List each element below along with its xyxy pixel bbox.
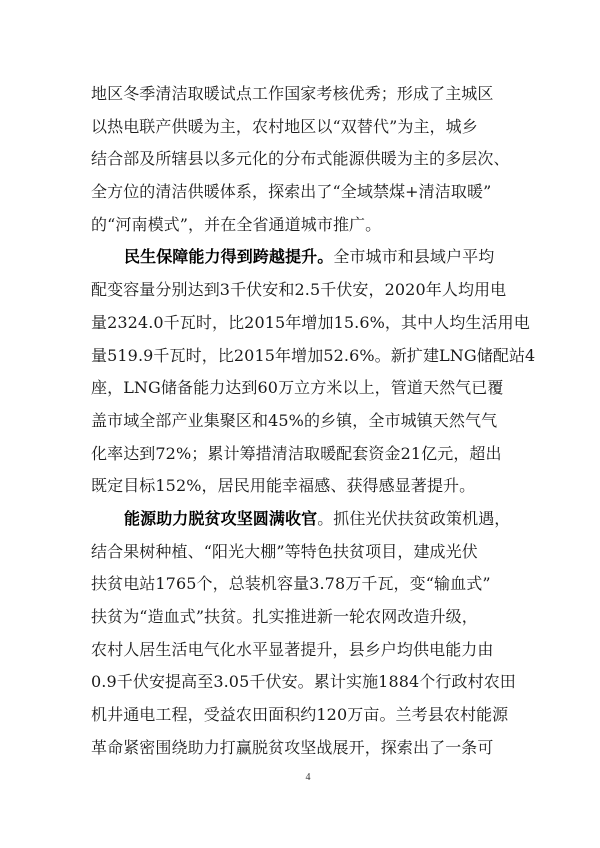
- body-text: 地区冬季清洁取暖试点工作国家考核优秀；形成了主城区 以热电联产供暖为主，农村地区…: [91, 78, 501, 764]
- paragraph-first-line: 能源助力脱贫攻坚圆满收官。抓住光伏扶贫政策机遇，: [91, 503, 501, 536]
- text-line: 扶贫为“造血式”扶贫。扎实推进新一轮农网改造升级，: [91, 601, 501, 634]
- paragraph-first-line: 民生保障能力得到跨越提升。全市城市和县域户平均: [91, 241, 501, 274]
- text-span: 。抓住光伏扶贫政策机遇，: [317, 509, 510, 528]
- text-line: 革命紧密围绕助力打赢脱贫攻坚战展开，探索出了一条可: [91, 732, 501, 765]
- text-line: 地区冬季清洁取暖试点工作国家考核优秀；形成了主城区: [91, 78, 501, 111]
- text-line: 0.9千伏安提高至3.05千伏安。累计实施1884个行政村农田: [91, 666, 501, 699]
- text-line: 扶贫电站1765个，总装机容量3.78万千瓦，变“输血式”: [91, 568, 501, 601]
- text-line: 以热电联产供暖为主，农村地区以“双替代”为主，城乡: [91, 111, 501, 144]
- text-line: 结合果树种植、“阳光大棚”等特色扶贫项目，建成光伏: [91, 536, 501, 569]
- text-line: 结合部及所辖县以多元化的分布式能源供暖为主的多层次、: [91, 143, 501, 176]
- page-number: 4: [0, 772, 600, 783]
- text-line: 既定目标152%，居民用能幸福感、获得感显著提升。: [91, 470, 501, 503]
- text-line: 机井通电工程，受益农田面积约120万亩。兰考县农村能源: [91, 699, 501, 732]
- text-line: 量2324.0千瓦时，比2015年增加15.6%，其中人均生活用电: [91, 307, 501, 340]
- paragraph-lead-heading: 民生保障能力得到跨越提升。: [124, 247, 333, 266]
- text-line: 全方位的清洁供暖体系，探索出了“全域禁煤+清洁取暖”: [91, 176, 501, 209]
- text-line: 配变容量分别达到3千伏安和2.5千伏安，2020年人均用电: [91, 274, 501, 307]
- text-line: 农村人居生活电气化水平显著提升，县乡户均供电能力由: [91, 634, 501, 667]
- document-page: 地区冬季清洁取暖试点工作国家考核优秀；形成了主城区 以热电联产供暖为主，农村地区…: [0, 0, 600, 848]
- text-line: 座，LNG储备能力达到60万立方米以上，管道天然气已覆: [91, 372, 501, 405]
- text-line: 盖市域全部产业集聚区和45%的乡镇，全市城镇天然气气: [91, 405, 501, 438]
- paragraph-lead-heading: 能源助力脱贫攻坚圆满收官: [124, 509, 317, 528]
- text-line: 化率达到72%；累计筹措清洁取暖配套资金21亿元，超出: [91, 438, 501, 471]
- text-span: 全市城市和县域户平均: [333, 247, 494, 266]
- text-line: 的“河南模式”，并在全省通道城市推广。: [91, 209, 501, 242]
- text-line: 量519.9千瓦时，比2015年增加52.6%。新扩建LNG储配站4: [91, 340, 501, 373]
